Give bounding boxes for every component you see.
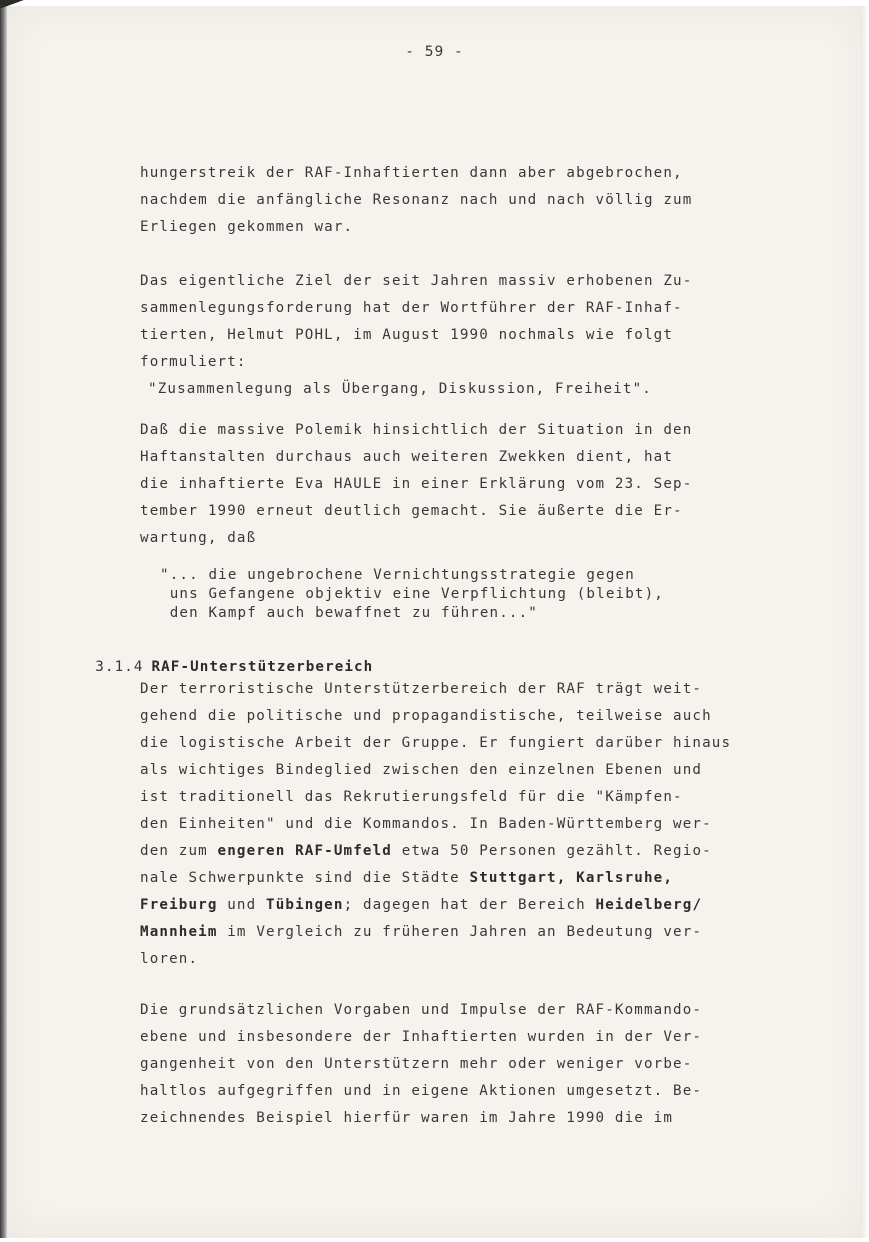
text-line: zeichnendes Beispiel hierfür waren im Ja… [140,1105,820,1132]
text-run: Der terroristische Unterstützerbereich d… [140,681,702,697]
section-number: 3.1.4 [95,659,143,675]
text-line: als wichtiges Bindeglied zwischen den ei… [140,757,820,784]
text-line: Haftanstalten durchaus auch weiteren Zwe… [140,444,820,471]
text-run: etwa 50 Personen gezählt. Regio- [392,843,712,859]
text-run: gehend die politische und propagandistis… [140,708,712,724]
text-line: nale Schwerpunkte sind die Städte Stuttg… [140,865,820,892]
text-line: tierten, Helmut POHL, im August 1990 noc… [140,322,820,349]
bold-term: Heidelberg/ [596,897,703,913]
bold-term: Stuttgart, Karlsruhe, [470,870,674,886]
page-number: - 59 - [0,44,869,60]
text-run: die logistische Arbeit der Gruppe. Er fu… [140,735,731,751]
bold-term: Mannheim [140,924,218,940]
text-line: die logistische Arbeit der Gruppe. Er fu… [140,730,820,757]
paragraph: hungerstreik der RAF-Inhaftierten dann a… [140,160,820,241]
text-run: im Vergleich zu früheren Jahren an Bedeu… [218,924,703,940]
text-run: den Einheiten" und die Kommandos. In Bad… [140,816,712,832]
scan-right-edge [861,6,869,1238]
text-line: haltlos aufgegriffen und in eigene Aktio… [140,1078,820,1105]
bold-term: Freiburg [140,897,218,913]
block-quote: "... die ungebrochene Vernichtungsstrate… [160,566,664,623]
text-line: Die grundsätzlichen Vorgaben und Impulse… [140,997,820,1024]
text-line: formuliert: [140,349,820,376]
text-run: und [218,897,266,913]
scan-corner [0,0,26,12]
text-line: hungerstreik der RAF-Inhaftierten dann a… [140,160,820,187]
paragraph: Der terroristische Unterstützerbereich d… [140,676,820,973]
paragraph: Daß die massive Polemik hinsichtlich der… [140,417,820,552]
text-line: den Kampf auch bewaffnet zu führen..." [160,604,664,623]
text-line: Daß die massive Polemik hinsichtlich der… [140,417,820,444]
text-line: loren. [140,946,820,973]
section-title: RAF-Unterstützerbereich [152,659,374,675]
text-line: sammenlegungsforderung hat der Wortführe… [140,295,820,322]
text-run: ; dagegen hat der Bereich [344,897,596,913]
paragraph: Das eigentliche Ziel der seit Jahren mas… [140,268,820,376]
text-run: loren. [140,951,198,967]
text-line: ist traditionell das Rekrutierungsfeld f… [140,784,820,811]
section-heading: 3.1.4RAF-Unterstützerbereich [76,643,373,675]
bold-term: Tübingen [266,897,344,913]
text-line: Das eigentliche Ziel der seit Jahren mas… [140,268,820,295]
text-line: Erliegen gekommen war. [140,214,820,241]
text-line: tember 1990 erneut deutlich gemacht. Sie… [140,498,820,525]
bold-term: engeren RAF-Umfeld [218,843,392,859]
text-line: die inhaftierte Eva HAULE in einer Erklä… [140,471,820,498]
text-run: den zum [140,843,218,859]
quote: "Zusammenlegung als Übergang, Diskussion… [148,376,828,403]
text-line: uns Gefangene objektiv eine Verpflichtun… [160,585,664,604]
text-line: nachdem die anfängliche Resonanz nach un… [140,187,820,214]
text-run: ist traditionell das Rekrutierungsfeld f… [140,789,683,805]
text-line: Freiburg und Tübingen; dagegen hat der B… [140,892,820,919]
text-line: wartung, daß [140,525,820,552]
text-run: als wichtiges Bindeglied zwischen den ei… [140,762,702,778]
text-line: Der terroristische Unterstützerbereich d… [140,676,820,703]
text-line: den zum engeren RAF-Umfeld etwa 50 Perso… [140,838,820,865]
text-run: nale Schwerpunkte sind die Städte [140,870,470,886]
text-line: gehend die politische und propagandistis… [140,703,820,730]
text-line: "Zusammenlegung als Übergang, Diskussion… [148,376,828,403]
scan-left-edge [0,6,7,1238]
text-line: Mannheim im Vergleich zu früheren Jahren… [140,919,820,946]
text-line: gangenheit von den Unterstützern mehr od… [140,1051,820,1078]
text-line: ebene und insbesondere der Inhaftierten … [140,1024,820,1051]
text-line: den Einheiten" und die Kommandos. In Bad… [140,811,820,838]
text-line: "... die ungebrochene Vernichtungsstrate… [160,566,664,585]
paragraph: Die grundsätzlichen Vorgaben und Impulse… [140,997,820,1132]
